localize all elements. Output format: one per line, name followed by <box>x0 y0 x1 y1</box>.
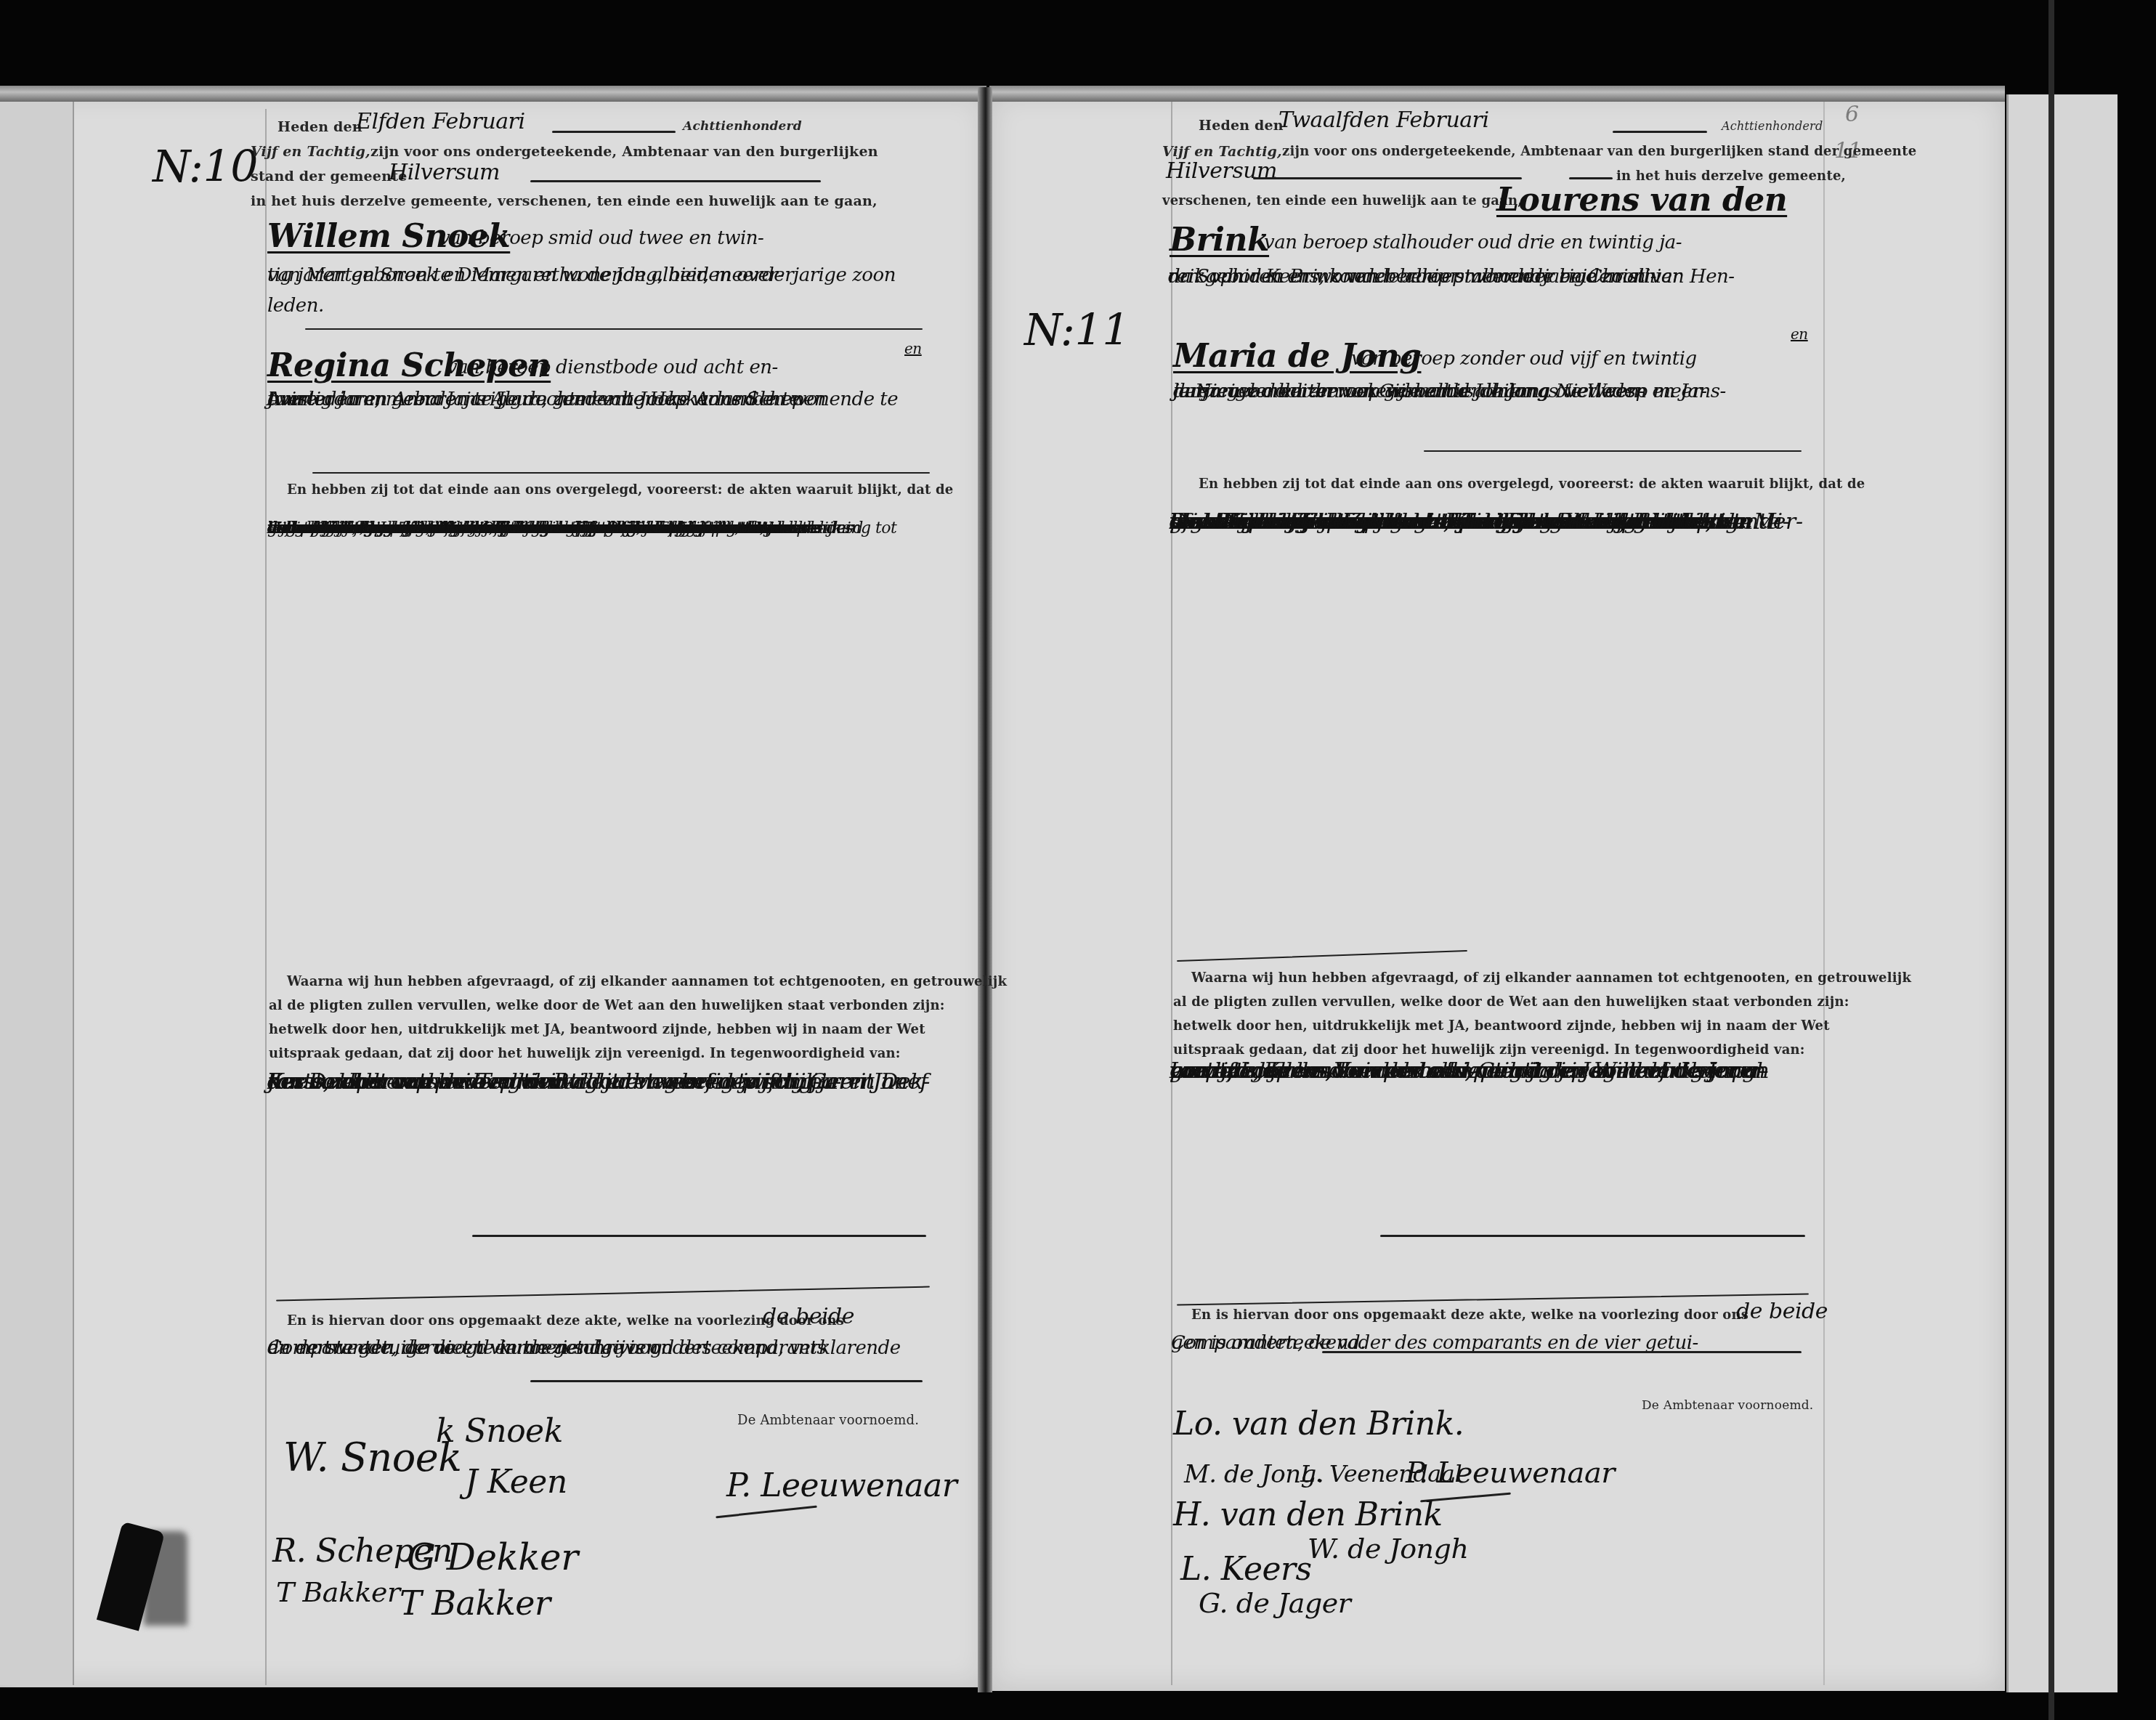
act-number: N:11 <box>1024 305 1130 356</box>
ambtenaar-label: De Ambtenaar voornoemd. <box>737 1413 919 1428</box>
act-number: N:10 <box>153 142 258 192</box>
en-connector: en <box>1791 325 1808 343</box>
heden-den-label: Heden den <box>277 119 362 135</box>
fill-line <box>1613 131 1707 133</box>
fill-line <box>1253 177 1522 179</box>
signature: k Snoek <box>436 1413 563 1450</box>
groom-name: Brink <box>1170 222 1269 259</box>
municipality: Hilversum <box>1166 158 1277 184</box>
waarna-line: al de pligten zullen vervullen, welke do… <box>269 994 1007 1018</box>
closing-hand: de beide <box>1736 1299 1828 1324</box>
signature: L. Keers <box>1180 1551 1312 1588</box>
signature: T Bakker <box>400 1583 551 1623</box>
heden-den-label: Heden den <box>1199 118 1284 134</box>
margin-rule-right <box>1171 102 1172 1685</box>
waarna-line: uitspraak gedaan, dat zij door het huwel… <box>269 1042 1007 1066</box>
heading-line1: zijn voor ons ondergeteekende, Ambtenaar… <box>370 144 878 160</box>
closing-text: En is hiervan door ons opgemaakt deze ak… <box>1191 1307 1748 1323</box>
right-page <box>989 93 2005 1691</box>
achttienhonderd-label: Achttienhonderd <box>1722 119 1823 133</box>
official-signature: P. Leeuwenaar <box>1406 1456 1615 1490</box>
margin-rule-right-outer <box>1823 102 1825 1685</box>
heading-line1: zijn voor ons ondergeteekende, Ambtenaar… <box>1282 144 1916 159</box>
waarna-line: Waarna wij hun hebben afgevraagd, of zij… <box>269 970 1007 994</box>
signature: H. van den Brink <box>1173 1496 1443 1533</box>
ambtenaar-label: De Ambtenaar voornoemd. <box>1642 1398 1813 1413</box>
page-number: 6 <box>1845 102 1859 127</box>
groom-name: Lourens van den <box>1496 182 1787 219</box>
fill-line <box>472 1235 926 1237</box>
municipality: Hilversum <box>389 160 500 185</box>
year-label: Vijf en Tachtig, <box>251 144 370 160</box>
groom-line: van Marten Snoek en Margaretha de Jong, … <box>267 260 784 291</box>
fill-line <box>312 472 930 474</box>
scan-border <box>2048 0 2054 1720</box>
documents-line: ne toestemming tot dit huwelijk te geven… <box>267 517 591 540</box>
waarna-line: al de pligten zullen vervullen, welke do… <box>1173 990 1911 1014</box>
bride-line: van beroep zonder oud vijf en twintig <box>1351 347 1697 371</box>
signature: G Dekker <box>407 1536 578 1578</box>
overgelegd-text: En hebben zij tot dat einde aan ons over… <box>287 482 953 498</box>
right-book-edge <box>2006 94 2117 1692</box>
signature: W. de Jongh <box>1308 1533 1468 1565</box>
marriage-date: Twaalfden Februari <box>1278 107 1489 133</box>
marriage-date: Elfden Februari <box>356 109 525 134</box>
overgelegd-text: En hebben zij tot dat einde aan ons over… <box>1199 476 1865 492</box>
groom-line: leden. <box>267 291 784 321</box>
page-top-edge <box>989 86 2005 102</box>
heading-line3: in het huis derzelve gemeente, verschene… <box>251 193 878 209</box>
en-connector: en <box>904 340 922 357</box>
fill-line <box>530 1380 923 1382</box>
bride-line: overleden en Anna Jans Algra, zonder ber… <box>267 385 800 414</box>
groom-line: van beroep stalhouder oud drie en twinti… <box>1264 231 1682 255</box>
closing-hand: de beide <box>763 1304 854 1329</box>
fill-line <box>1380 1235 1805 1237</box>
signature: G. de Jager <box>1199 1587 1350 1619</box>
bride-line: Joure <box>267 385 317 414</box>
bride-line: huijzen zonder beroep wonende alhier <box>1173 376 1528 407</box>
waarna-line: Waarna wij hun hebben afgevraagd, of zij… <box>1173 966 1911 990</box>
waarna-line: hetwelk door hen, uitdrukkelijk met JA, … <box>269 1018 1007 1042</box>
margin-rule-left <box>265 109 267 1685</box>
year-label: Vijf en Tachtig, <box>1162 144 1282 160</box>
fill-line <box>305 328 923 330</box>
closing-text: En is hiervan door ons opgemaakt deze ak… <box>287 1313 844 1328</box>
page-top-edge <box>0 86 986 102</box>
documents-line: huwelijk te geven. <box>1170 508 1365 536</box>
achttienhonderd-label: Achttienhonderd <box>683 119 802 134</box>
waarna-line: hetwelk door hen, uitdrukkelijk met JA, … <box>1173 1014 1911 1038</box>
book-gutter <box>978 87 992 1692</box>
bride-line: van beroep dienstbode oud acht en- <box>447 356 778 380</box>
verschenen-label: verschenen, ten einde een huwelijk aan t… <box>1162 193 1523 208</box>
fill-line <box>552 131 676 133</box>
fill-line <box>530 180 821 182</box>
signature: Lo. van den Brink. <box>1173 1405 1464 1443</box>
signature: W. Snoek <box>283 1435 461 1480</box>
official-signature: P. Leeuwenaar <box>726 1467 957 1504</box>
left-book-edge <box>0 102 74 1685</box>
fill-line <box>1569 177 1613 179</box>
fill-line <box>1424 450 1802 452</box>
groom-line: na Sophia Keers, zonder beroep wonende b… <box>1168 261 1681 292</box>
stand-label: stand der gemeente <box>251 169 407 184</box>
signature: T Bakker <box>276 1576 400 1608</box>
signature: J Keen <box>465 1464 567 1501</box>
witness-line: parante, allen wonende alhier <box>1170 1057 1491 1086</box>
groom-line: van beroep smid oud twee en twin- <box>439 227 763 251</box>
closing-hand: de eerste getuige niet te kunnen schrijv… <box>267 1335 658 1361</box>
fill-line <box>1322 1351 1802 1353</box>
witness-line: rants, allen wonende alhier <box>267 1066 560 1098</box>
